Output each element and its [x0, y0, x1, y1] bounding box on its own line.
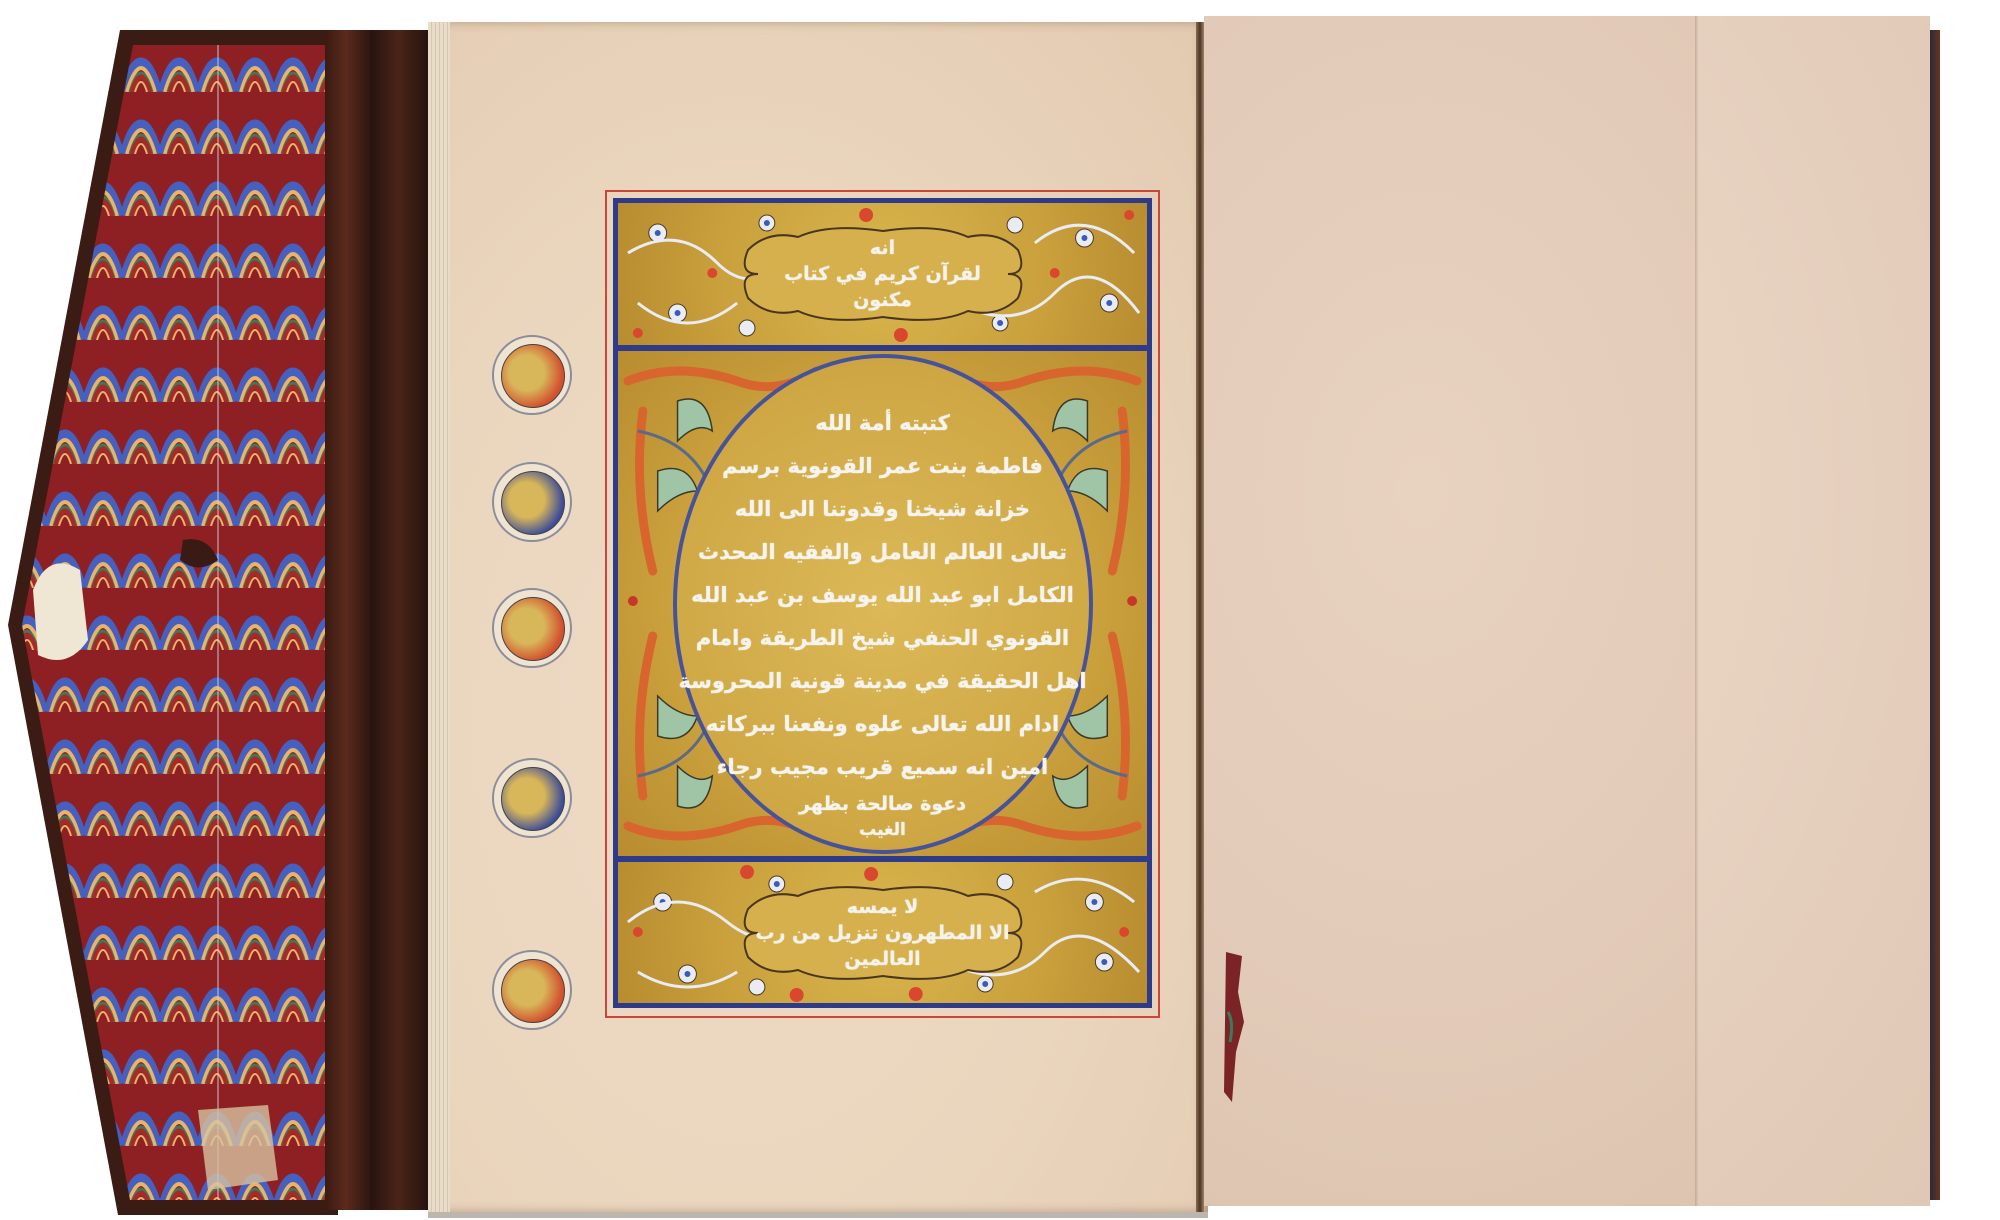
central-colophon-panel: كتبته أمة الله فاطمة بنت عمر القونوية بر… — [613, 346, 1152, 861]
leather-spine — [325, 30, 430, 1210]
cartouche-line: لا يمسه — [618, 894, 1147, 920]
colophon-line: تعالى العالم العامل والفقيه المحدث — [677, 531, 1089, 574]
colophon-line: دعوة صالحة بظهر — [677, 789, 1089, 819]
cartouche-line: لقرآن كريم في كتاب — [618, 261, 1147, 287]
bottom-cartouche-text: لا يمسه الا المطهرون تنزيل من رب العالمي… — [618, 894, 1147, 972]
colophon-line: الكامل ابو عبد الله يوسف بن عبد الله — [677, 574, 1089, 617]
colophon-line: فاطمة بنت عمر القونوية برسم — [677, 445, 1089, 488]
colophon-line: القونوي الحنفي شيخ الطريقة وامام — [677, 617, 1089, 660]
cartouche-line: مكنون — [618, 287, 1147, 313]
margin-medallion — [492, 588, 572, 668]
cartouche-line: العالمين — [618, 946, 1147, 972]
colophon-line: كتبته أمة الله — [677, 402, 1089, 445]
page-edges — [428, 22, 450, 1212]
top-cartouche-band: انه لقرآن كريم في كتاب مكنون — [613, 198, 1152, 350]
book-gutter — [1196, 22, 1204, 1212]
margin-medallion — [492, 950, 572, 1030]
colophon-line: خزانة شيخنا وقدوتنا الى الله — [677, 488, 1089, 531]
damage-patch — [33, 563, 88, 660]
colophon-line: امين انه سميع قريب مجيب رجاء — [677, 746, 1089, 789]
back-cover-edge — [1930, 30, 1940, 1200]
bottom-cartouche-band: لا يمسه الا المطهرون تنزيل من رب العالمي… — [613, 857, 1152, 1008]
colophon-text: كتبته أمة الله فاطمة بنت عمر القونوية بر… — [677, 402, 1089, 841]
margin-medallion — [492, 758, 572, 838]
colophon-line: ادام الله تعالى علوه ونفعنا ببركاته — [677, 703, 1089, 746]
page-fold-strip — [1699, 16, 1930, 1206]
torn-marbled-fragment — [1224, 952, 1244, 1102]
top-cartouche-text: انه لقرآن كريم في كتاب مكنون — [618, 235, 1147, 313]
cartouche-line: انه — [618, 235, 1147, 261]
margin-medallion — [492, 462, 572, 542]
illuminated-frontispiece: انه لقرآن كريم في كتاب مكنون — [605, 190, 1160, 1018]
colophon-line: اهل الحقيقة في مدينة قونية المحروسة — [677, 660, 1089, 703]
central-roundel: كتبته أمة الله فاطمة بنت عمر القونوية بر… — [673, 354, 1093, 854]
margin-medallion — [492, 335, 572, 415]
cartouche-line: الا المطهرون تنزيل من رب — [618, 920, 1147, 946]
colophon-line: الغيب — [677, 819, 1089, 841]
marbled-cover-flap — [8, 30, 338, 1215]
page-fold-line — [1695, 16, 1699, 1206]
